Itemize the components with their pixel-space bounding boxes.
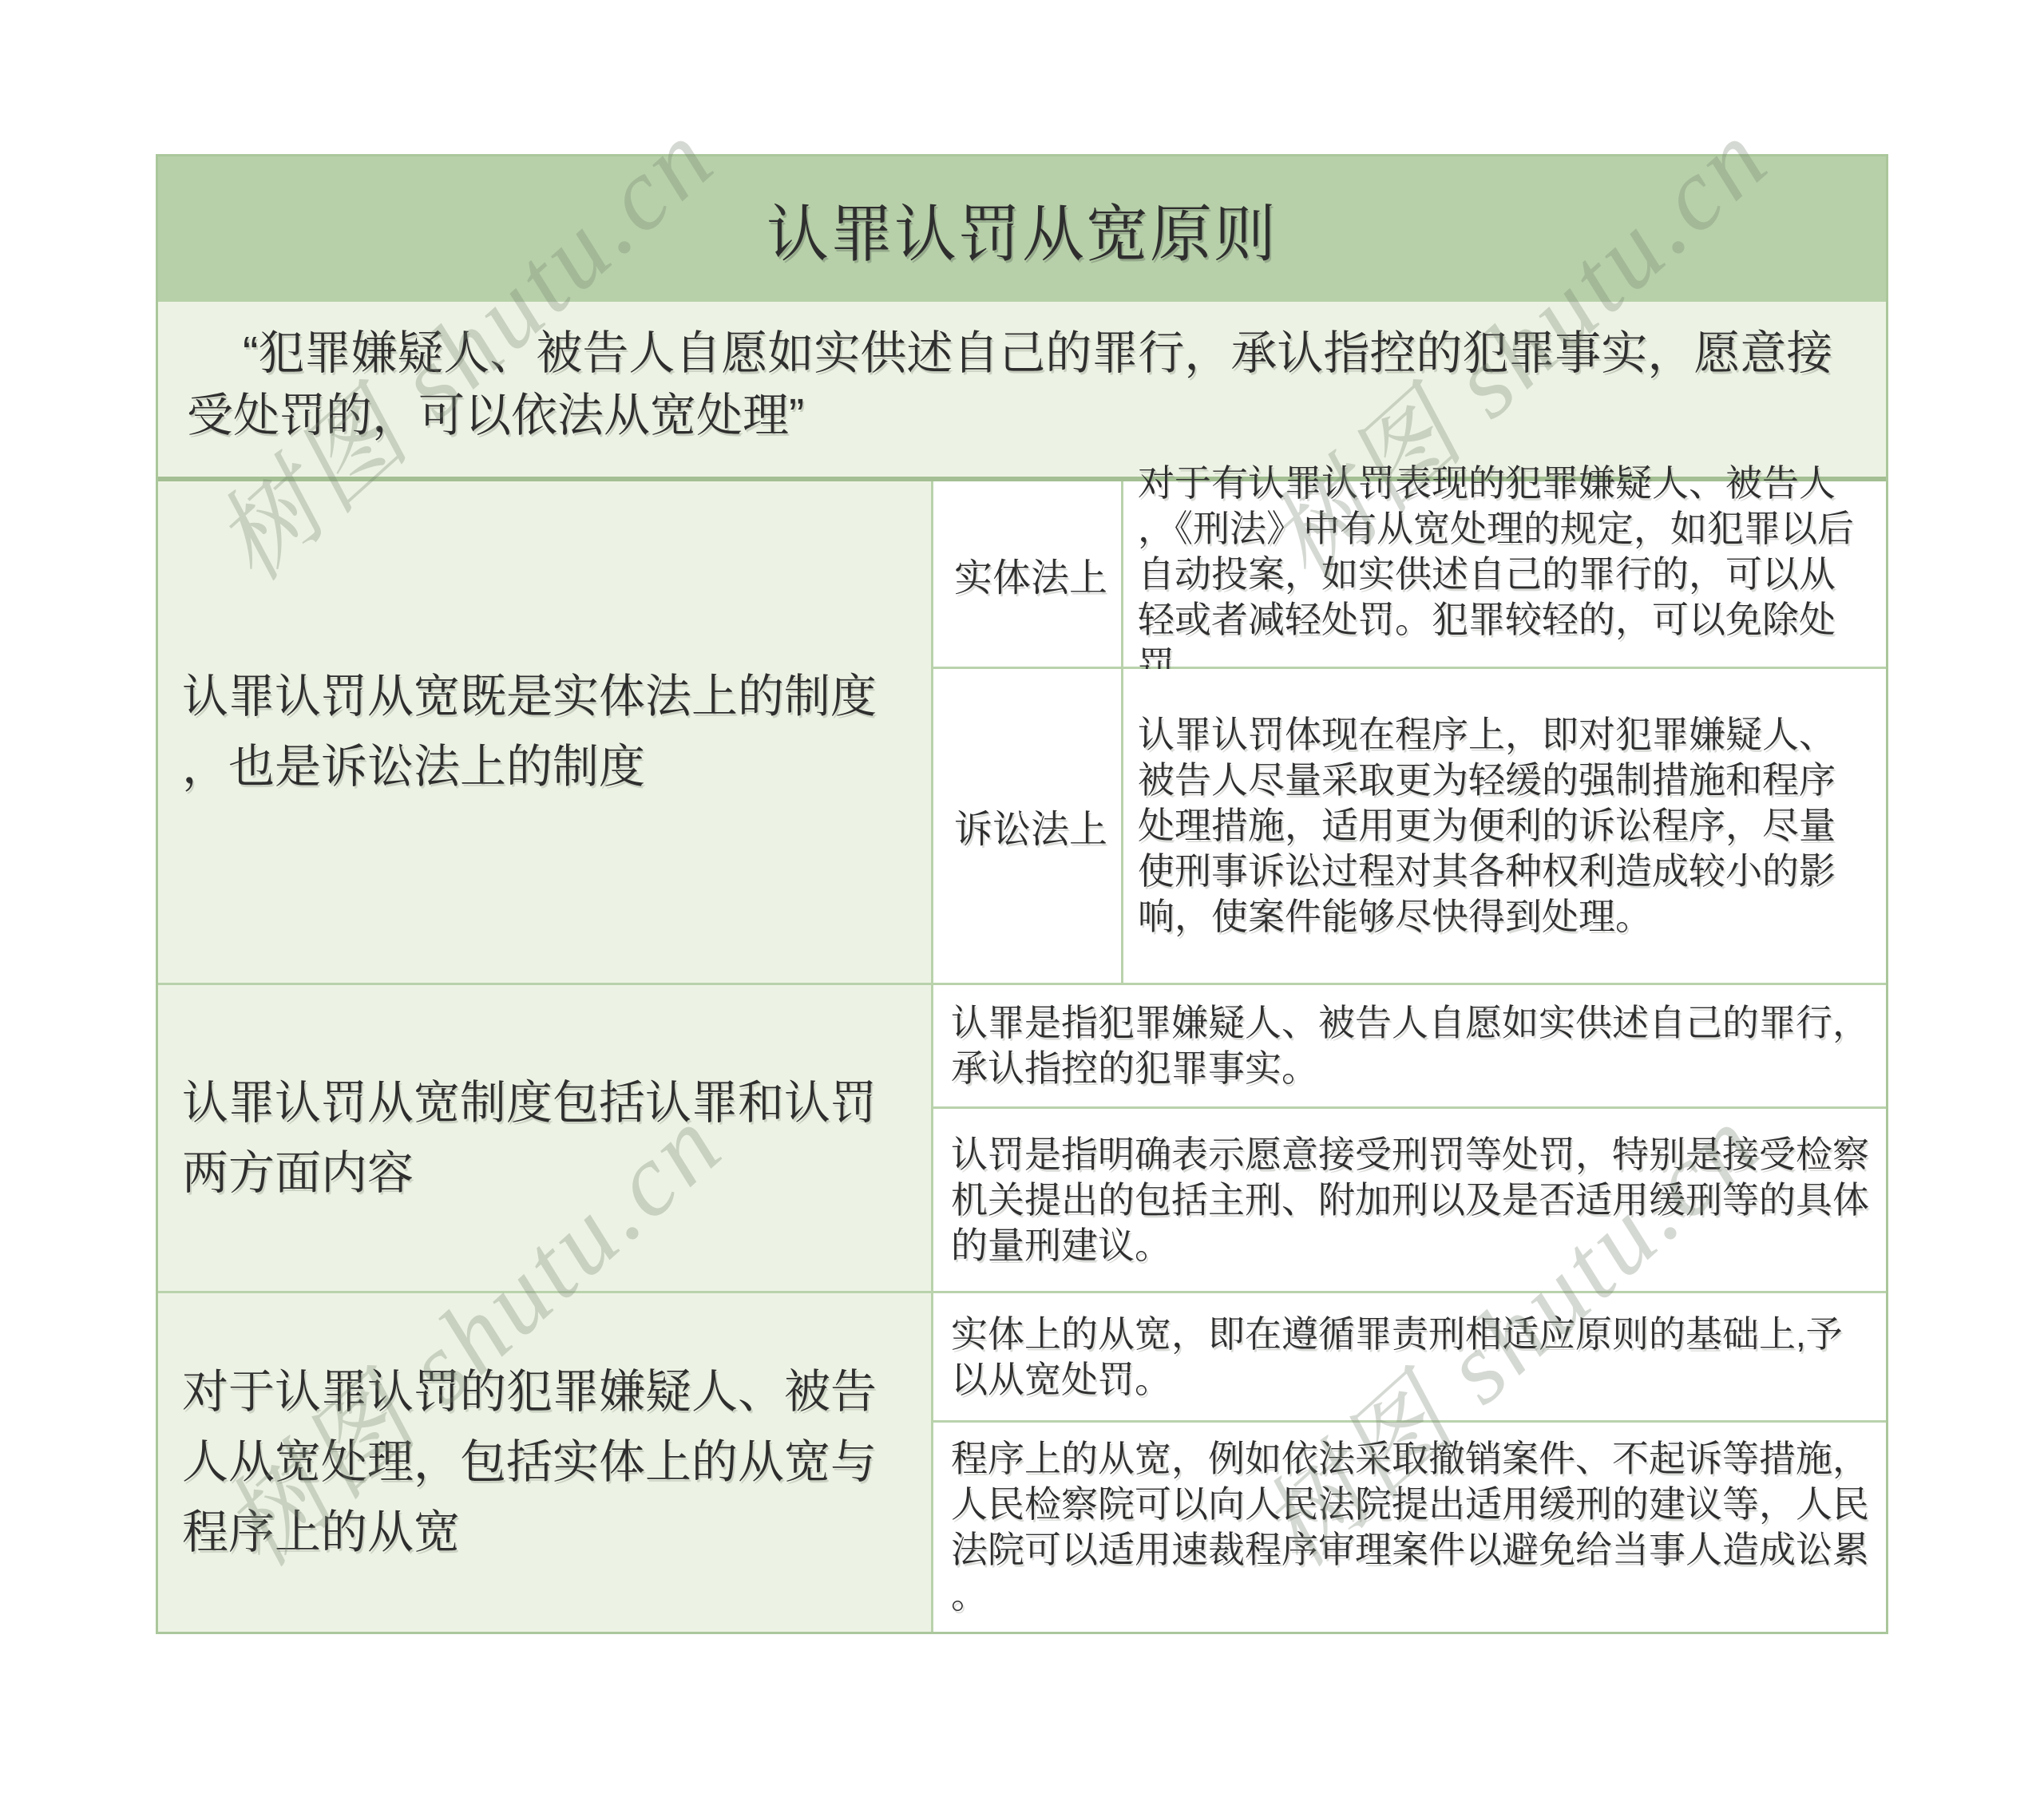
section-1-left-cell: 认罪认罚从宽既是实体法上的制度，也是诉讼法上的制度 — [158, 481, 931, 983]
procedural-law-detail: 认罪认罚体现在程序上，即对犯罪嫌疑人、被告人尽量采取更为轻缓的强制措施和程序处理… — [1138, 712, 1870, 940]
page-title: 认罪认罚从宽原则 — [158, 156, 1886, 302]
substantive-law-label-cell: 实体法上 — [933, 481, 1121, 667]
procedural-law-detail-cell: 认罪认罚体现在程序上，即对犯罪嫌疑人、被告人尽量采取更为轻缓的强制措施和程序处理… — [1123, 669, 1886, 983]
content-table: 认罪认罚从宽既是实体法上的制度，也是诉讼法上的制度 实体法上 对于有认罪认罚表现… — [158, 477, 1886, 1632]
procedural-leniency-detail-cell: 程序上的从宽，例如依法采取撤销案件、不起诉等措施，人民检察院可以向人民法院提出适… — [933, 1423, 1886, 1632]
procedural-law-label-cell: 诉讼法上 — [933, 669, 1121, 983]
section-3-left-cell: 对于认罪认罚的犯罪嫌疑人、被告人从宽处理，包括实体上的从宽与程序上的从宽 — [158, 1293, 931, 1632]
law-quote-text: “犯罪嫌疑人、被告人自愿如实供述自己的罪行，承认指控的犯罪事实，愿意接受处罚的，… — [158, 302, 1886, 477]
substantive-law-detail-cell: 对于有认罪认罚表现的犯罪嫌疑人、被告人，《刑法》中有从宽处理的规定，如犯罪以后自… — [1123, 481, 1886, 667]
admit-guilt-detail: 认罪是指犯罪嫌疑人、被告人自愿如实供述自己的罪行，承认指控的犯罪事实。 — [951, 1000, 1870, 1091]
procedural-law-label: 诉讼法上 — [954, 798, 1107, 853]
substantive-law-label: 实体法上 — [954, 547, 1107, 602]
accept-punishment-detail: 认罚是指明确表示愿意接受刑罚等处罚，特别是接受检察机关提出的包括主刑、附加刑以及… — [951, 1132, 1870, 1269]
substantive-law-detail: 对于有认罪认罚表现的犯罪嫌疑人、被告人，《刑法》中有从宽处理的规定，如犯罪以后自… — [1138, 461, 1870, 688]
section-2-left-text: 认罪认罚从宽制度包括认罪和认罚两方面内容 — [182, 1068, 910, 1209]
section-1-left-text: 认罪认罚从宽既是实体法上的制度，也是诉讼法上的制度 — [182, 662, 910, 802]
accept-punishment-detail-cell: 认罚是指明确表示愿意接受刑罚等处罚，特别是接受检察机关提出的包括主刑、附加刑以及… — [933, 1109, 1886, 1291]
mindmap-board: 认罪认罚从宽原则 “犯罪嫌疑人、被告人自愿如实供述自己的罪行，承认指控的犯罪事实… — [156, 154, 1888, 1634]
procedural-leniency-detail: 程序上的从宽，例如依法采取撤销案件、不起诉等措施，人民检察院可以向人民法院提出适… — [951, 1436, 1870, 1618]
section-2-left-cell: 认罪认罚从宽制度包括认罪和认罚两方面内容 — [158, 985, 931, 1291]
substantive-leniency-detail-cell: 实体上的从宽，即在遵循罪责刑相适应原则的基础上,予以从宽处罚。 — [933, 1293, 1886, 1420]
section-3-left-text: 对于认罪认罚的犯罪嫌疑人、被告人从宽处理，包括实体上的从宽与程序上的从宽 — [182, 1357, 910, 1568]
admit-guilt-detail-cell: 认罪是指犯罪嫌疑人、被告人自愿如实供述自己的罪行，承认指控的犯罪事实。 — [933, 985, 1886, 1106]
substantive-leniency-detail: 实体上的从宽，即在遵循罪责刑相适应原则的基础上,予以从宽处罚。 — [951, 1312, 1870, 1403]
